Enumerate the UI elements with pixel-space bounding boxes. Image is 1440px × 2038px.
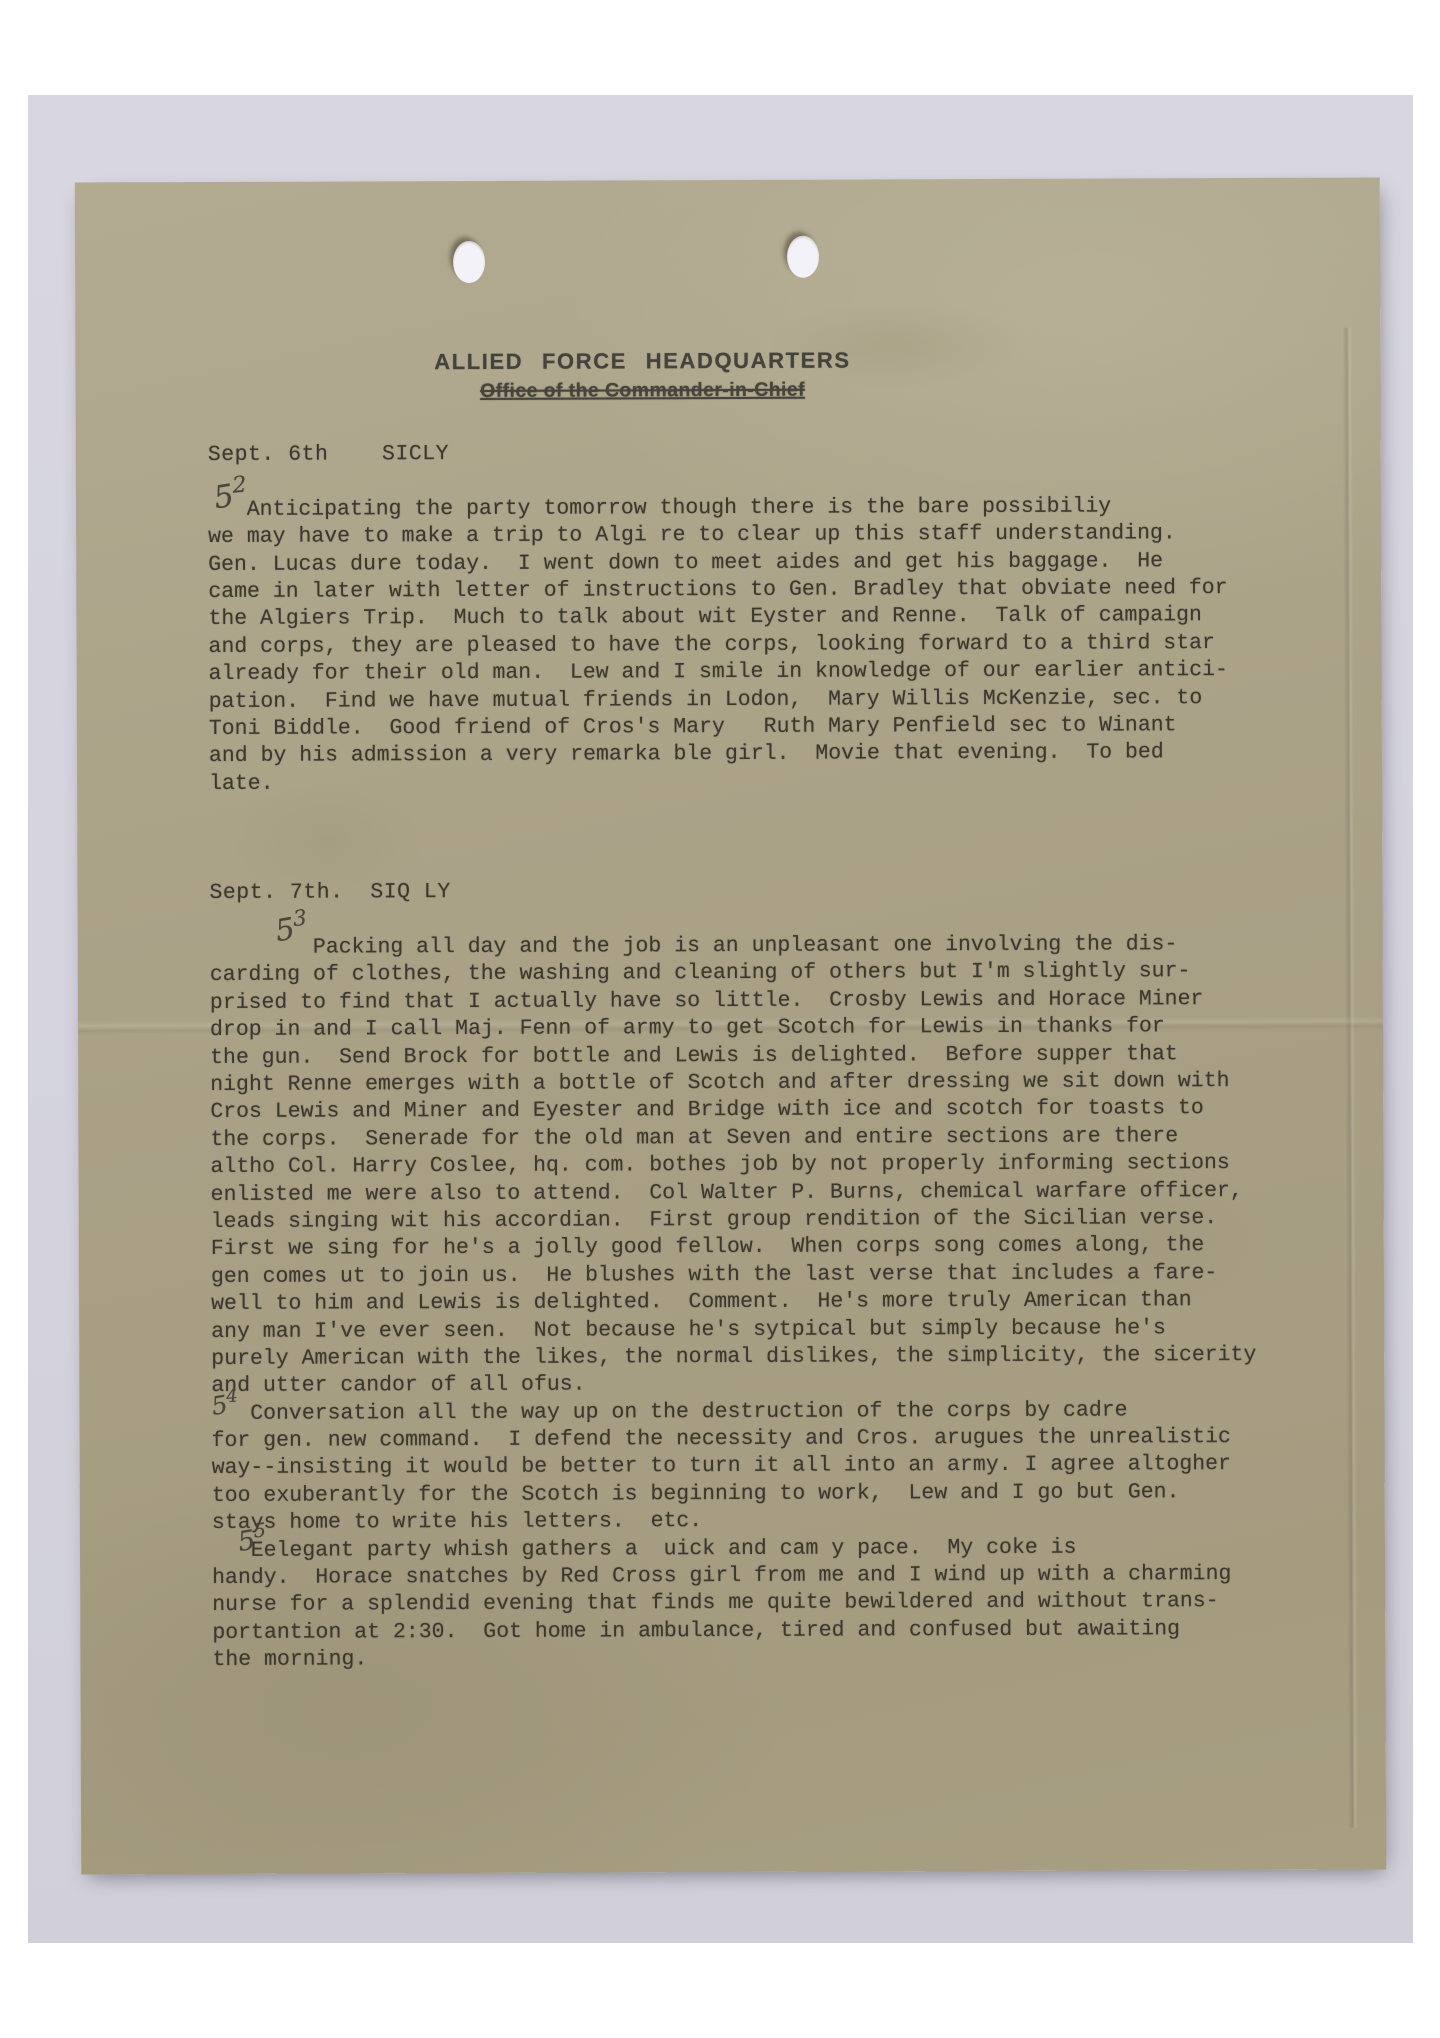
typed-line: enlisted me were also to attend. Col Wal… [211,1177,1311,1209]
typed-line: handy. Horace snatches by Red Cross girl… [212,1561,1312,1593]
paragraph: 52 Anticipating the party tomorrow thoug… [208,493,1309,799]
typed-line: Packing all day and the job is an unplea… [210,931,1310,963]
typed-line: Anticipating the party tomorrow though t… [208,493,1308,525]
typed-line: Cros Lewis and Miner and Eyester and Bri… [210,1095,1310,1127]
document-paper: ALLIED FORCE HEADQUARTERS Office of the … [75,178,1386,1875]
typed-line: First we sing for he's a jolly good fell… [211,1232,1311,1264]
typed-line: carding of clothes, the washing and clea… [210,958,1310,990]
handwritten-note: 52 [212,478,250,514]
typed-body: Sept. 6th SICLY 52 Anticipating the part… [208,438,1313,1675]
handwritten-note: 53 [273,912,310,947]
typed-line: too exuberantly for the Scotch is beginn… [212,1479,1312,1511]
typed-line: Eelegant party whish gathers a uick and … [212,1533,1312,1565]
typed-line: nurse for a splendid evening that finds … [212,1588,1312,1620]
typed-line: Conversation all the way up on the destr… [211,1396,1311,1428]
typed-line: the gun. Send Brock for bottle and Lewis… [210,1040,1310,1072]
letterhead: ALLIED FORCE HEADQUARTERS Office of the … [412,347,872,403]
spacer [210,903,1310,935]
typed-line: any man I've ever seen. Not because he's… [211,1314,1311,1346]
typed-line: Toni Biddle. Good friend of Cros's Mary … [209,712,1309,744]
typed-line: and utter candor of all ofus. [211,1369,1311,1401]
typed-line: portantion at 2:30. Got home in ambulanc… [212,1616,1312,1648]
typed-line: came in later with letter of instruction… [208,575,1308,607]
punch-hole-right [787,236,819,278]
punch-hole-left [453,241,485,283]
handwritten-note: 55 [236,1524,270,1555]
typed-line: altho Col. Harry Coslee, hq. com. bothes… [210,1150,1310,1182]
typed-line: stays home to write his letters. etc. [212,1506,1312,1538]
typed-line: way--insisting it would be better to tur… [212,1451,1312,1483]
typed-line: already for their old man. Lew and I smi… [209,657,1309,689]
typed-line: prised to find that I actually have so l… [210,986,1310,1018]
letterhead-title: ALLIED FORCE HEADQUARTERS [412,347,872,375]
typed-line: and corps, they are pleased to have the … [208,630,1308,662]
typed-line: well to him and Lewis is delighted. Comm… [211,1287,1311,1319]
typed-line: pation. Find we have mutual friends in L… [209,684,1309,716]
paragraph: 54 Conversation all the way up on the de… [211,1396,1312,1537]
scan-page: { "colors": { "paper": "#a89f84", "photo… [0,0,1440,2038]
paragraph: 55 Eelegant party whish gathers a uick a… [212,1533,1313,1674]
letterhead-office-line: Office of the Commander-in-Chief [413,378,873,403]
typed-line: the Algiers Trip. Much to talk about wit… [208,602,1308,634]
typed-line: the morning. [212,1643,1312,1675]
typed-line: late. [209,766,1309,798]
typed-line: purely American with the likes, the norm… [211,1342,1311,1374]
handwritten-note: 54 [210,1390,241,1419]
spacer [208,465,1308,497]
spacer [209,794,1309,880]
typed-line: gen comes ut to join us. He blushes with… [211,1260,1311,1292]
entry-heading-sept-7: Sept. 7th. SIQ LY [209,876,1309,908]
typed-line: night Renne emerges with a bottle of Sco… [210,1068,1310,1100]
typed-line: the corps. Senerade for the old man at S… [210,1123,1310,1155]
typed-line: we may have to make a trip to Algi re to… [208,520,1308,552]
typed-line: drop in and I call Maj. Fenn of army to … [210,1013,1310,1045]
typed-line: Gen. Lucas dure today. I went down to me… [208,547,1308,579]
photo-background: ALLIED FORCE HEADQUARTERS Office of the … [28,95,1413,1943]
entry-heading-sept-6: Sept. 6th SICLY [208,438,1308,470]
typed-line: and by his admission a very remarka ble … [209,739,1309,771]
paper-crease-vertical [1342,328,1358,1828]
typed-line: for gen. new command. I defend the neces… [212,1424,1312,1456]
typed-line: leads singing wit his accordian. First g… [211,1205,1311,1237]
paragraph: 53 Packing all day and the job is an unp… [210,931,1312,1401]
